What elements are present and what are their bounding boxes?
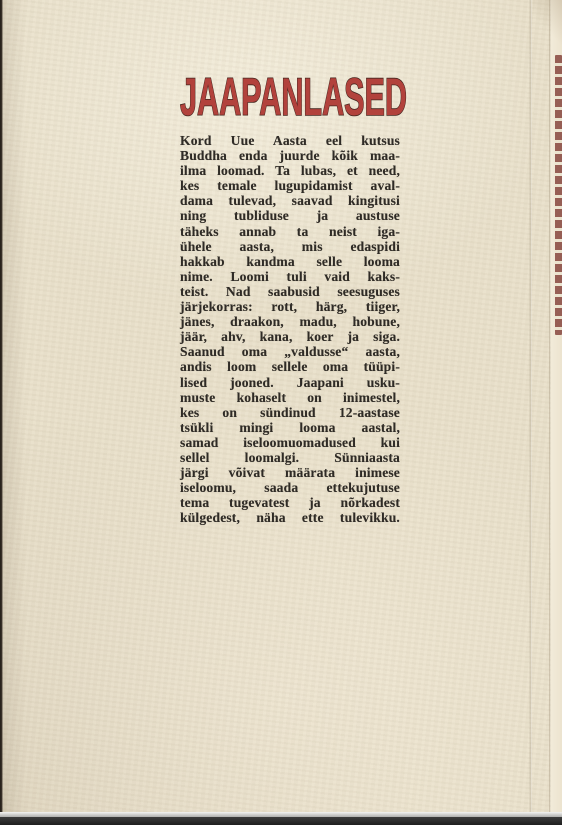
title-svg: JAAPANLASED (179, 70, 409, 122)
body-line: tsükli mingi looma aastal, (180, 420, 400, 435)
body-line: ning tubliduse ja austuse (180, 208, 400, 223)
body-line: lised jooned. Jaapani usku- (180, 375, 400, 390)
title-block: JAAPANLASED (179, 70, 409, 122)
cover-fold-line (549, 0, 551, 813)
body-line: kes on sündinud 12-aastase (180, 405, 400, 420)
body-line: järgi võivat määrata inimese (180, 465, 400, 480)
body-line: hakkab kandma selle looma (180, 254, 400, 269)
body-line: iseloomu, saada ettekujutuse (180, 480, 400, 495)
body-line: külgedest, näha ette tulevikku. (180, 510, 400, 525)
body-line: kes temale lugupidamist aval- (180, 178, 400, 193)
body-line: sellel loomalgi. Sünniaasta (180, 450, 400, 465)
red-page-edges-decoration (555, 55, 562, 335)
page-title: JAAPANLASED (180, 70, 407, 122)
body-line: nime. Loomi tuli vaid kaks- (180, 269, 400, 284)
left-binding-edge (0, 0, 3, 825)
body-line: jänes, draakon, madu, hobune, (180, 314, 400, 329)
body-line: tema tugevatest ja nõrkadest (180, 495, 400, 510)
body-text: Kord Uue Aasta eel kutsusBuddha enda juu… (180, 133, 400, 525)
table-edge-shadow (0, 817, 562, 825)
body-line: dama tulevad, saavad kingitusi (180, 193, 400, 208)
body-line: andis loom sellele oma tüüpi- (180, 359, 400, 374)
book-back-cover: JAAPANLASED Kord Uue Aasta eel kutsusBud… (0, 0, 562, 825)
body-line: järjekorras: rott, härg, tiiger, (180, 299, 400, 314)
body-line: muste kohaselt on inimestel, (180, 390, 400, 405)
body-line: ilma loomad. Ta lubas, et need, (180, 163, 400, 178)
body-line: Kord Uue Aasta eel kutsus (180, 133, 400, 148)
body-line: täheks annab ta neist iga- (180, 224, 400, 239)
body-line: samad iseloomuomadused kui (180, 435, 400, 450)
body-line: Buddha enda juurde kõik maa- (180, 148, 400, 163)
cover-crease-line (529, 0, 532, 813)
body-line: teist. Nad saabusid seesuguses (180, 284, 400, 299)
corner-wear-mark (533, 0, 562, 48)
body-line: Saanud oma „valdusse“ aasta, (180, 344, 400, 359)
body-line: jäär, ahv, kana, koer ja siga. (180, 329, 400, 344)
body-line: ühele aasta, mis edaspidi (180, 239, 400, 254)
